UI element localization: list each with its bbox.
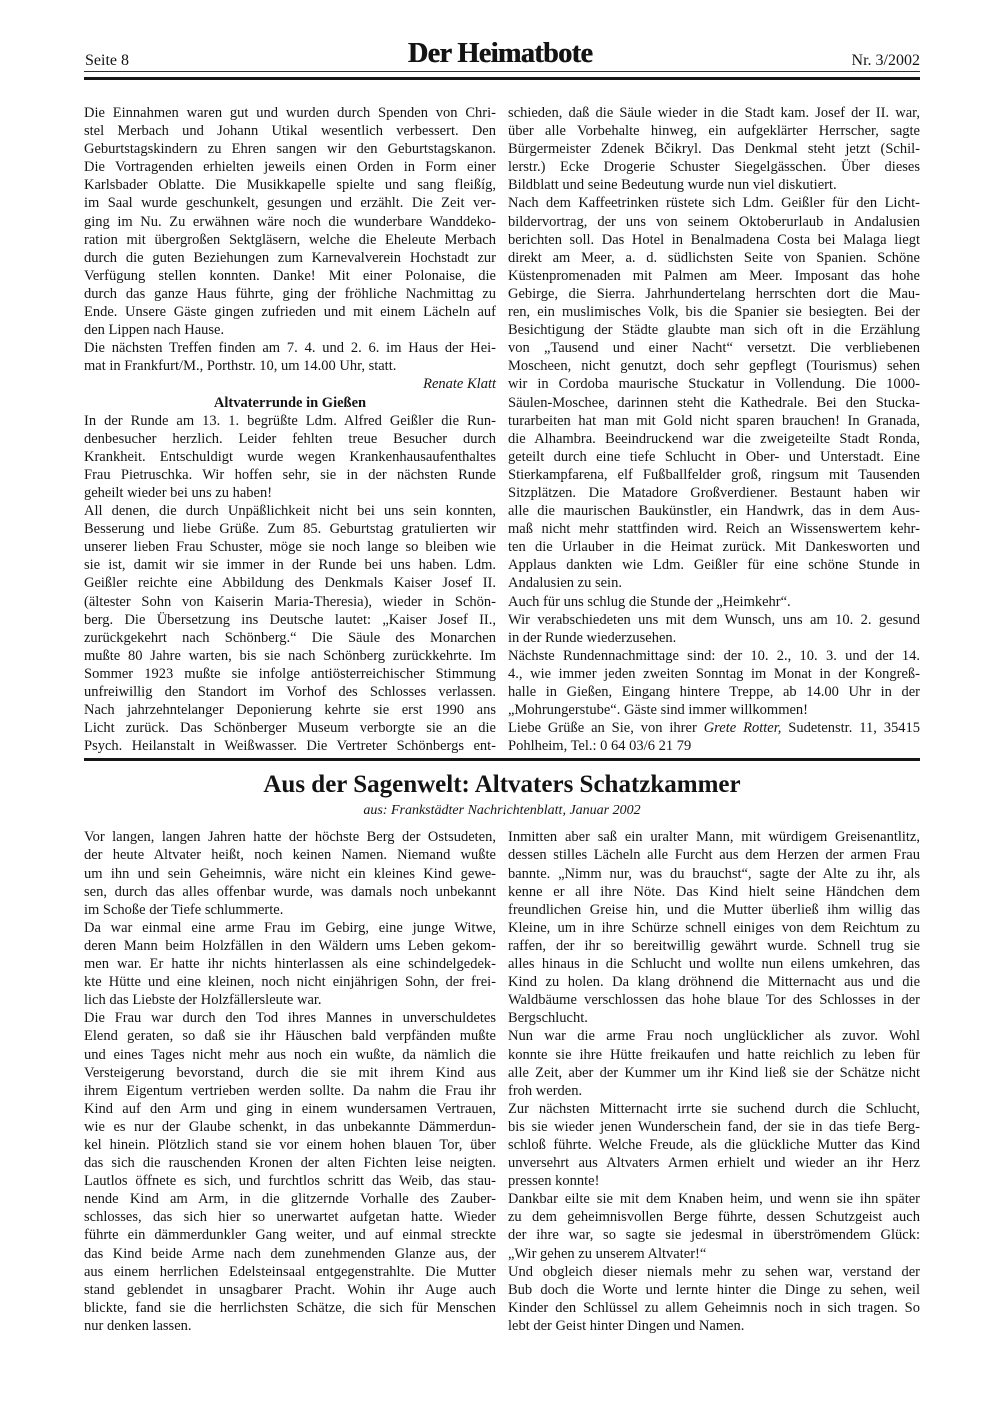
- text-line: mußte 80 Jahre warten, bis sie nach Schö…: [84, 647, 496, 665]
- text-line: die Alhambra. Beeindruckend war die zwei…: [508, 430, 920, 448]
- top-left-column: Die Einnahmen waren gut und wurden durch…: [84, 104, 496, 755]
- paragraph: Die Einnahmen waren gut und wurden durch…: [84, 104, 496, 339]
- text-line: lebt der Geist hinter Dingen und Namen.: [508, 1317, 920, 1335]
- text-line: Vor langen, langen Jahren hatte der höch…: [84, 828, 496, 846]
- text-line: durch das ganze Haus führte, ging der fr…: [84, 285, 496, 303]
- text-line: unfreiwillig den Standort im Vorhof des …: [84, 683, 496, 701]
- text-line: kenne er all ihre Nöte. Das Kind hielt s…: [508, 883, 920, 901]
- paragraph: Inmitten aber saß ein uralter Mann, mit …: [508, 828, 920, 1027]
- text-line: Nun war die arme Frau noch unglücklicher…: [508, 1027, 920, 1045]
- text-line: im Saal wurde geschunkelt, gesungen und …: [84, 194, 496, 212]
- text-line: Dankbar eilte sie mit dem Knaben heim, u…: [508, 1190, 920, 1208]
- text-line: Kleine, um in ihre Schürze schnell einig…: [508, 919, 920, 937]
- text-line: Nächste Rundennachmittage sind: der 10. …: [508, 647, 920, 665]
- text-line: berg. Die Übersetzung ins Deutsche laute…: [84, 611, 496, 629]
- text-line: Lautlos öffnete es sich, und furchtlos s…: [84, 1172, 496, 1190]
- text-line: pressen konnte!: [508, 1172, 920, 1190]
- text-line: wie es nur der Glaube schenkt, in das un…: [84, 1118, 496, 1136]
- paragraph: Nächste Rundennachmittage sind: der 10. …: [508, 647, 920, 719]
- italic-text: Grete Rotter,: [704, 720, 782, 736]
- top-right-column: schieden, daß die Säule wieder in die St…: [508, 104, 920, 755]
- text-line: Die Einnahmen waren gut und wurden durch…: [84, 104, 496, 122]
- text-line: das sich die rauschenden Kronen der alte…: [84, 1154, 496, 1172]
- paragraph: Auch für uns schlug die Stunde der „Heim…: [508, 593, 920, 611]
- text-line: geheilt wieder bei uns zu haben!: [84, 484, 496, 502]
- text-line: direkt am Meer, a. d. südlichsten Seite …: [508, 249, 920, 267]
- text-line: All denen, die durch Unpäßlichkeit nicht…: [84, 502, 496, 520]
- text-line: maß nicht mehr stattfinden wird. Reich a…: [508, 520, 920, 538]
- text-line: Ende. Unsere Gäste gingen zufrieden und …: [84, 303, 496, 321]
- text-line: blickte, fand sie die herrlichsten Schät…: [84, 1299, 496, 1317]
- text-line: bildervortrag, der uns von seinem Oktobe…: [508, 213, 920, 231]
- text-line: der ihre war, so sagte sie jedesmal in ü…: [508, 1226, 920, 1244]
- text-line: schieden, daß die Säule wieder in die St…: [508, 104, 920, 122]
- text-line: raffen, der ihr so bereitwillig gewährt …: [508, 937, 920, 955]
- text-line: Küstenpromenaden mit Palmen am Meer. Imp…: [508, 267, 920, 285]
- text-line: stel Merbach und Johann Utikal wesentlic…: [84, 122, 496, 140]
- story-source-line: aus: Frankstädter Nachrichtenblatt, Janu…: [84, 802, 920, 819]
- text-line: Wir verabschiedeten uns mit dem Wunsch, …: [508, 611, 920, 629]
- text-line: konnte sie ihre Hütte freikaufen und hat…: [508, 1046, 920, 1064]
- paragraph: Die Frau war durch den Tod ihres Mannes …: [84, 1009, 496, 1335]
- text-line: kte Hütte und eine kleinen, noch nicht e…: [84, 973, 496, 991]
- text-line: Sitzplätzen. Die Matadore Großverdiener.…: [508, 484, 920, 502]
- text-line: Verfügung stellen konnten. Danke! Mit ei…: [84, 267, 496, 285]
- text-line: Psych. Heilanstalt in Weißwasser. Die Ve…: [84, 737, 496, 755]
- text-line: Und obgleich dieser niemals mehr zu sehe…: [508, 1263, 920, 1281]
- text-line: lerstr.) Ecke Drogerie Schuster Siegelgä…: [508, 158, 920, 176]
- text-line: nende Kind am Arm, in die glitzernde Vor…: [84, 1190, 496, 1208]
- text-line: men war. Er hatte ihr nichts hinterlasse…: [84, 955, 496, 973]
- top-articles-section: Die Einnahmen waren gut und wurden durch…: [84, 104, 920, 755]
- text-line: von „Tausend und einer Nacht“ versetzt. …: [508, 339, 920, 357]
- text-line: das Kind beide Arme nach dem zunehmenden…: [84, 1245, 496, 1263]
- text-line: aus einem herrlichen Edelsteinsaal entge…: [84, 1263, 496, 1281]
- story-section: Vor langen, langen Jahren hatte der höch…: [84, 828, 920, 1335]
- text-line: Licht zurück. Das Schönberger Museum ver…: [84, 719, 496, 737]
- text-line: den Lippen nach Hause.: [84, 321, 496, 339]
- text-line: Gebirge, die Sierra. Jahrhundertelang he…: [508, 285, 920, 303]
- text-line: bis sie wieder jenen Wunderschein fand, …: [508, 1118, 920, 1136]
- paragraph: Nach dem Kaffeetrinken rüstete sich Ldm.…: [508, 194, 920, 592]
- text-line: Kind zu holen. Da klang dröhnend die Mit…: [508, 973, 920, 991]
- text-line: Die nächsten Treffen finden am 7. 4. und…: [84, 339, 496, 357]
- text-line: froh werden.: [508, 1082, 920, 1100]
- paragraph: Da war einmal eine arme Frau im Gebirg, …: [84, 919, 496, 1009]
- text-line: Applaus dankten wie Ldm. Geißler für ein…: [508, 556, 920, 574]
- text-line: Bürgermeister Zdenek Bčikryl. Das Denkma…: [508, 140, 920, 158]
- text-line: bannte. „Nimm nur, was du brauchst“, sag…: [508, 865, 920, 883]
- paragraph: Und obgleich dieser niemals mehr zu sehe…: [508, 1263, 920, 1335]
- paragraph: Die nächsten Treffen finden am 7. 4. und…: [84, 339, 496, 375]
- text-line: Krankheit. Entschuldigt wurde wegen Kran…: [84, 448, 496, 466]
- text-line: Elend geraten, so daß sie ihr Häuschen b…: [84, 1027, 496, 1045]
- text-line: berichten soll. Das Hotel in Benalmadena…: [508, 231, 920, 249]
- text-line: Versteigerung bevorstand, durch die sie …: [84, 1064, 496, 1082]
- text-line: Bergschlucht.: [508, 1009, 920, 1027]
- text-line: Säulen-Moschee, darinnen steht die Kathe…: [508, 394, 920, 412]
- paragraph: Nun war die arme Frau noch unglücklicher…: [508, 1027, 920, 1099]
- text-line: lich das Liebste der Holzfällersleute wa…: [84, 991, 496, 1009]
- text-line: deren Mann beim Holzfällen in den Wälder…: [84, 937, 496, 955]
- text-line: Stierkampfarena, elf Fußballfelder groß,…: [508, 466, 920, 484]
- text-line: Die Frau war durch den Tod ihres Mannes …: [84, 1009, 496, 1027]
- issue-number-label: Nr. 3/2002: [852, 52, 920, 70]
- text-line: ration mit übergroßen Sektgläsern, welch…: [84, 231, 496, 249]
- text-line: um ihn und sein Geheimnis, wäre nicht ei…: [84, 865, 496, 883]
- paragraph: schieden, daß die Säule wieder in die St…: [508, 104, 920, 194]
- text-line: Nach jahrzehntelanger Deponierung kehrte…: [84, 701, 496, 719]
- text-line: ging im Nu. Zu erwähnen wäre noch die wu…: [84, 213, 496, 231]
- text-line: der heute Altvater heißt, noch keinen Na…: [84, 846, 496, 864]
- text-line: durch die guten Beziehungen zum Karneval…: [84, 249, 496, 267]
- text-line: wir in Cordoba maurische Stuckatur in Vo…: [508, 375, 920, 393]
- paragraph: Dankbar eilte sie mit dem Knaben heim, u…: [508, 1190, 920, 1262]
- text-line: Moscheen, nicht genutzt, doch sehr gepfl…: [508, 357, 920, 375]
- text-line: Bildblatt und seine Bedeutung wurde nun …: [508, 176, 920, 194]
- header-rule-thick: [84, 77, 920, 80]
- story-title: Aus der Sagenwelt: Altvaters Schatzkamme…: [84, 770, 920, 800]
- text-line: führte ein dämmerdunkler Gang weiter, un…: [84, 1226, 496, 1244]
- author-signature: Renate Klatt: [84, 375, 496, 393]
- text-line: schlosses, das sich hier so unerwartet a…: [84, 1208, 496, 1226]
- paragraph: Vor langen, langen Jahren hatte der höch…: [84, 828, 496, 918]
- text-line: Kind auf den Arm und ging in einem wunde…: [84, 1100, 496, 1118]
- text-line: Die Vortragenden erhielten jeweils einen…: [84, 158, 496, 176]
- text-line: Nach dem Kaffeetrinken rüstete sich Ldm.…: [508, 194, 920, 212]
- text-line: nur denken lassen.: [84, 1317, 496, 1335]
- text-line: unversehrt aus Altvaters Armen erhielt u…: [508, 1154, 920, 1172]
- text-line: denbesucher herzlich. Leider fehlten tre…: [84, 430, 496, 448]
- paragraph: In der Runde am 13. 1. begrüßte Ldm. Alf…: [84, 412, 496, 502]
- text-line: ten die Urlauber in die Heimat zurück. M…: [508, 538, 920, 556]
- text-line: schloß führte. Welche Freude, als die gl…: [508, 1136, 920, 1154]
- plain-text: Liebe Grüße an Sie, von ihrer: [508, 720, 704, 736]
- text-line: (ältester Sohn von Kaiserin Maria-Theres…: [84, 593, 496, 611]
- text-line: Kinder den Schlüssel zu allem Geheimnis …: [508, 1299, 920, 1317]
- text-line: Pohlheim, Tel.: 0 64 03/6 21 79: [508, 737, 920, 755]
- text-line: Geburtstagskindern zu Ehren sangen wir d…: [84, 140, 496, 158]
- text-line: Besserung und liebe Grüße. Zum 85. Gebur…: [84, 520, 496, 538]
- text-line: sie ist, damit wir sie immer in der Rund…: [84, 556, 496, 574]
- text-line: Bub doch die Worte und lernte hinter die…: [508, 1281, 920, 1299]
- text-line: geteilt durch eine tiefe Schlucht in Obe…: [508, 448, 920, 466]
- text-line: Inmitten aber saß ein uralter Mann, mit …: [508, 828, 920, 846]
- text-line: Besichtigung der Städte glaubte man sich…: [508, 321, 920, 339]
- text-line: alle die maurischen Baukünstler, ein Han…: [508, 502, 920, 520]
- header-rule-thin: [84, 71, 920, 72]
- text-line: dessen stilles Lächeln alle Furcht aus d…: [508, 846, 920, 864]
- text-line: „Wir gehen zu unserem Altvater!“: [508, 1245, 920, 1263]
- text-line: Da war einmal eine arme Frau im Gebirg, …: [84, 919, 496, 937]
- text-line: turarbeiten hat man mit Gold nicht spare…: [508, 412, 920, 430]
- page-content: Die Einnahmen waren gut und wurden durch…: [84, 104, 920, 1335]
- text-line: Karlsbader Oblatte. Die Musikkapelle spi…: [84, 176, 496, 194]
- paragraph: All denen, die durch Unpäßlichkeit nicht…: [84, 502, 496, 755]
- text-line: ihrem Eigentum vertrieben werden sollte.…: [84, 1082, 496, 1100]
- text-line: kel hinein. Plötzlich stand sie vor eine…: [84, 1136, 496, 1154]
- text-line: zu dem geheimnisvollen Berge führte, des…: [508, 1208, 920, 1226]
- paragraph: Liebe Grüße an Sie, von ihrer Grete Rott…: [508, 719, 920, 755]
- text-line: zurückgekehrt nach Schönberg.“ Die Säule…: [84, 629, 496, 647]
- newsletter-page: Seite 8 Der Heimatbote Nr. 3/2002 Die Ei…: [0, 0, 1000, 1412]
- text-line: halle in Gießen, Eingang hintere Treppe,…: [508, 683, 920, 701]
- paragraph: Zur nächsten Mitternacht irrte sie suche…: [508, 1100, 920, 1190]
- text-line: freundlichen Greise hin, und die Mutter …: [508, 901, 920, 919]
- text-line: In der Runde am 13. 1. begrüßte Ldm. Alf…: [84, 412, 496, 430]
- article-subheading: Altvaterrunde in Gießen: [84, 394, 496, 412]
- text-line: im Schoße der Tiefe schlummerte.: [84, 901, 496, 919]
- text-line: ren, ein muslimisches Volk, bis die Span…: [508, 303, 920, 321]
- text-line: alles hinaus in die Schlucht und wollte …: [508, 955, 920, 973]
- text-line: „Mohrungerstube“. Gäste sind immer willk…: [508, 701, 920, 719]
- text-line: Zur nächsten Mitternacht irrte sie suche…: [508, 1100, 920, 1118]
- text-line: alle Zeit, aber der Kummer um ihr Kind l…: [508, 1064, 920, 1082]
- masthead-title: Der Heimatbote: [0, 38, 1000, 70]
- story-left-column: Vor langen, langen Jahren hatte der höch…: [84, 828, 496, 1335]
- text-line: in der Runde wiederzusehen.: [508, 629, 920, 647]
- text-line: Sommer 1923 mußte sie infolge antiösterr…: [84, 665, 496, 683]
- text-line: sen, durch das alles offenbar wurde, was…: [84, 883, 496, 901]
- text-line: Frau Pietruschka. Wir hoffen sehr, sie i…: [84, 466, 496, 484]
- text-line: stand geblendet in unsagbarer Pracht. Wo…: [84, 1281, 496, 1299]
- text-line: mat in Frankfurt/M., Porthstr. 10, um 14…: [84, 357, 496, 375]
- text-line: Waldbäume verschlossen das hohe blaue To…: [508, 991, 920, 1009]
- text-line: 4., wie immer jeden zweiten Sonntag im M…: [508, 665, 920, 683]
- text-line: Geißler reichte eine Abbildung des Denkm…: [84, 574, 496, 592]
- plain-text: Sudetenstr. 11, 35415: [781, 720, 920, 736]
- section-divider-rule: [84, 758, 920, 761]
- text-line: über alle Vorbehalte hinweg, ein aufgekl…: [508, 122, 920, 140]
- text-line: und eines Tages nicht mehr aus noch ein …: [84, 1046, 496, 1064]
- paragraph: Wir verabschiedeten uns mit dem Wunsch, …: [508, 611, 920, 647]
- story-right-column: Inmitten aber saß ein uralter Mann, mit …: [508, 828, 920, 1335]
- text-line: Liebe Grüße an Sie, von ihrer Grete Rott…: [508, 719, 920, 737]
- text-line: unserer lieben Frau Schuster, möge sie n…: [84, 538, 496, 556]
- text-line: Andalusien zu sein.: [508, 574, 920, 592]
- text-line: Auch für uns schlug die Stunde der „Heim…: [508, 593, 920, 611]
